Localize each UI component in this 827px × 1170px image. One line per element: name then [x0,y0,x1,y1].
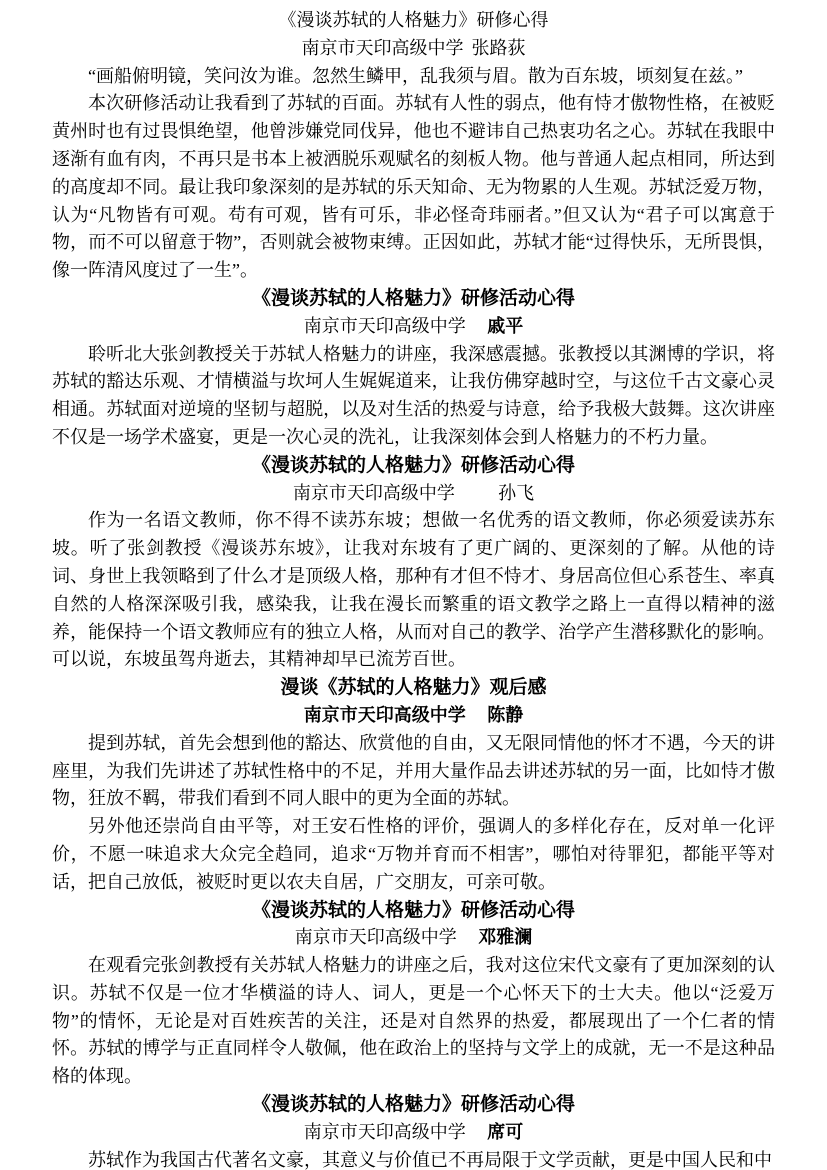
essay-title: 《漫谈苏轼的人格魅力》研修心得 [52,7,775,35]
author-name: 张路荻 [472,38,526,58]
author-name: 席可 [487,1122,523,1142]
essay-title: 漫谈《苏轼的人格魅力》观后感 [52,674,775,702]
essay-zhangludi: 《漫谈苏轼的人格魅力》研修心得 南京市天印高级中学张路荻 “画船俯明镜，笑问汝为… [52,7,775,285]
document-page: 《漫谈苏轼的人格魅力》研修心得 南京市天印高级中学张路荻 “画船俯明镜，笑问汝为… [0,0,827,1170]
quote-paragraph: “画船俯明镜，笑问汝为谁。忽然生鳞甲，乱我须与眉。散为百东坡，顷刻复在兹。” [52,63,775,91]
body-paragraph: 苏轼作为我国古代著名文豪，其意义与价值已不再局限于文学贡献，更是中国人民和中 [52,1147,775,1170]
byline: 南京市天印高级中学席可 [52,1119,775,1147]
body-paragraph: 作为一名语文教师，你不得不读苏东坡；想做一名优秀的语文教师，你必须爱读苏东坡。听… [52,507,775,674]
author-name: 孙飞 [498,483,534,503]
essay-qiping: 《漫谈苏轼的人格魅力》研修活动心得 南京市天印高级中学戚平 聆听北大张剑教授关于… [52,285,775,452]
byline: 南京市天印高级中学戚平 [52,313,775,341]
byline: 南京市天印高级中学张路荻 [52,35,775,63]
body-paragraph: 本次研修活动让我看到了苏轼的百面。苏轼有人性的弱点，他有恃才傲物性格，在被贬黄州… [52,90,775,285]
essay-title: 《漫谈苏轼的人格魅力》研修活动心得 [52,452,775,480]
school-name: 南京市天印高级中学 [301,38,463,58]
school-name: 南京市天印高级中学 [304,1122,466,1142]
byline: 南京市天印高级中学陈静 [52,702,775,730]
author-name: 戚平 [487,316,523,336]
byline: 南京市天印高级中学邓雅澜 [52,924,775,952]
body-paragraph: 另外他还崇尚自由平等，对王安石性格的评价，强调人的多样化存在，反对单一化评价，不… [52,813,775,896]
essay-title: 《漫谈苏轼的人格魅力》研修活动心得 [52,285,775,313]
essay-dengyalan: 《漫谈苏轼的人格魅力》研修活动心得 南京市天印高级中学邓雅澜 在观看完张剑教授有… [52,897,775,1092]
essay-title: 《漫谈苏轼的人格魅力》研修活动心得 [52,897,775,925]
school-name: 南京市天印高级中学 [304,705,466,725]
school-name: 南京市天印高级中学 [304,316,466,336]
body-paragraph: 提到苏轼，首先会想到他的豁达、欣赏他的自由，又无限同情他的怀才不遇，今天的讲座里… [52,730,775,813]
essay-xike: 《漫谈苏轼的人格魅力》研修活动心得 南京市天印高级中学席可 苏轼作为我国古代著名… [52,1091,775,1170]
body-paragraph: 聆听北大张剑教授关于苏轼人格魅力的讲座，我深感震撼。张教授以其渊博的学识，将苏轼… [52,341,775,452]
author-name: 陈静 [487,705,523,725]
school-name: 南京市天印高级中学 [293,483,455,503]
essay-chenjing: 漫谈《苏轼的人格魅力》观后感 南京市天印高级中学陈静 提到苏轼，首先会想到他的豁… [52,674,775,896]
essay-sunfei: 《漫谈苏轼的人格魅力》研修活动心得 南京市天印高级中学孙飞 作为一名语文教师，你… [52,452,775,674]
author-name: 邓雅澜 [478,927,532,947]
school-name: 南京市天印高级中学 [295,927,457,947]
byline: 南京市天印高级中学孙飞 [52,480,775,508]
body-paragraph: 在观看完张剑教授有关苏轼人格魅力的讲座之后，我对这位宋代文豪有了更加深刻的认识。… [52,952,775,1091]
essay-title: 《漫谈苏轼的人格魅力》研修活动心得 [52,1091,775,1119]
